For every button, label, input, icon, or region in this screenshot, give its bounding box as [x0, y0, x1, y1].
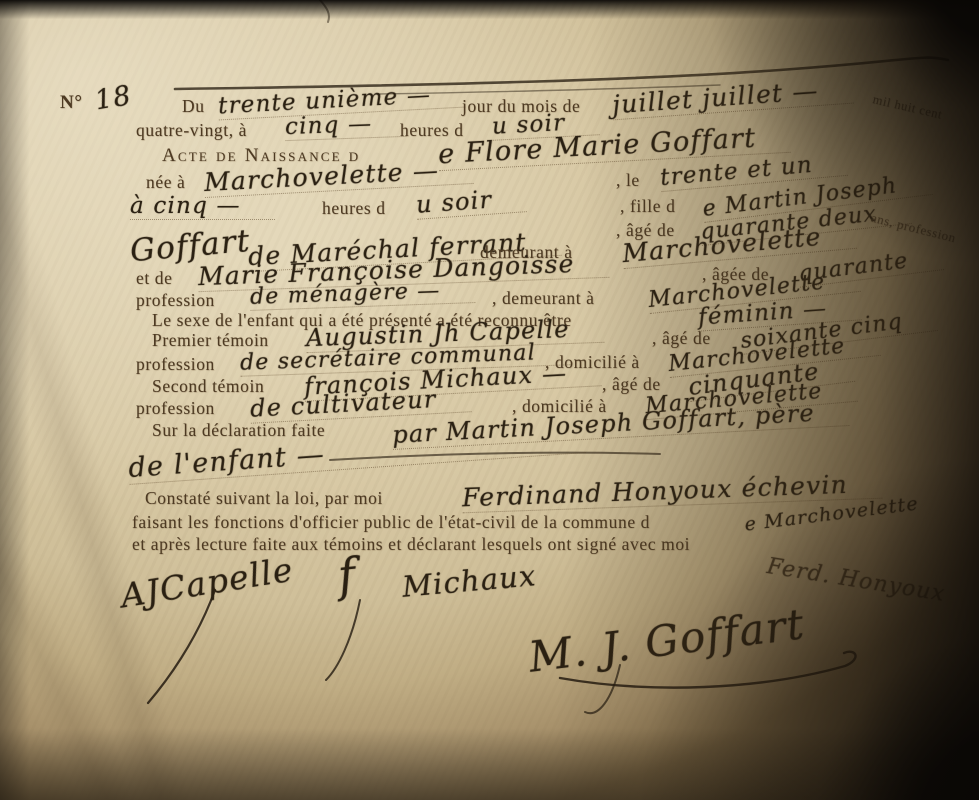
- label-daughter-of: , fille d: [620, 196, 675, 217]
- label-reading-done: et après lecture faite aux témoins et dé…: [132, 534, 690, 555]
- label-aged-w1: , âgé de: [652, 328, 711, 349]
- label-first-witness: Premier témoin: [152, 330, 269, 351]
- label-profession-1: profession: [136, 290, 215, 311]
- document-photo: N° 18 Du trente unième — jour du mois de…: [0, 0, 979, 800]
- label-officer-functions: faisant les fonctions d'officier public …: [132, 512, 650, 533]
- label-aged-w2: , âgé de: [602, 374, 661, 395]
- label-year-eighty: quatre-vingt, à: [136, 120, 247, 141]
- label-hours-2: heures d: [322, 198, 386, 219]
- label-du: Du: [182, 96, 205, 117]
- label-born-at: née à: [146, 172, 185, 193]
- register-number-label: N°: [60, 92, 83, 114]
- label-residing-at-2: , demeurant à: [492, 288, 595, 309]
- label-and-of: et de: [136, 268, 173, 289]
- label-profession-2: profession: [136, 354, 215, 375]
- label-le: , le: [616, 170, 640, 191]
- entry-birth-hour: à cinq —: [130, 193, 275, 220]
- label-profession-3: profession: [136, 398, 215, 419]
- entry-act-hour: cinq —: [285, 110, 407, 141]
- label-certified: Constaté suivant la loi, par moi: [145, 488, 383, 509]
- register-number-value: 18: [93, 80, 135, 117]
- label-second-witness: Second témoin: [152, 376, 264, 397]
- label-declaration: Sur la déclaration faite: [152, 420, 325, 441]
